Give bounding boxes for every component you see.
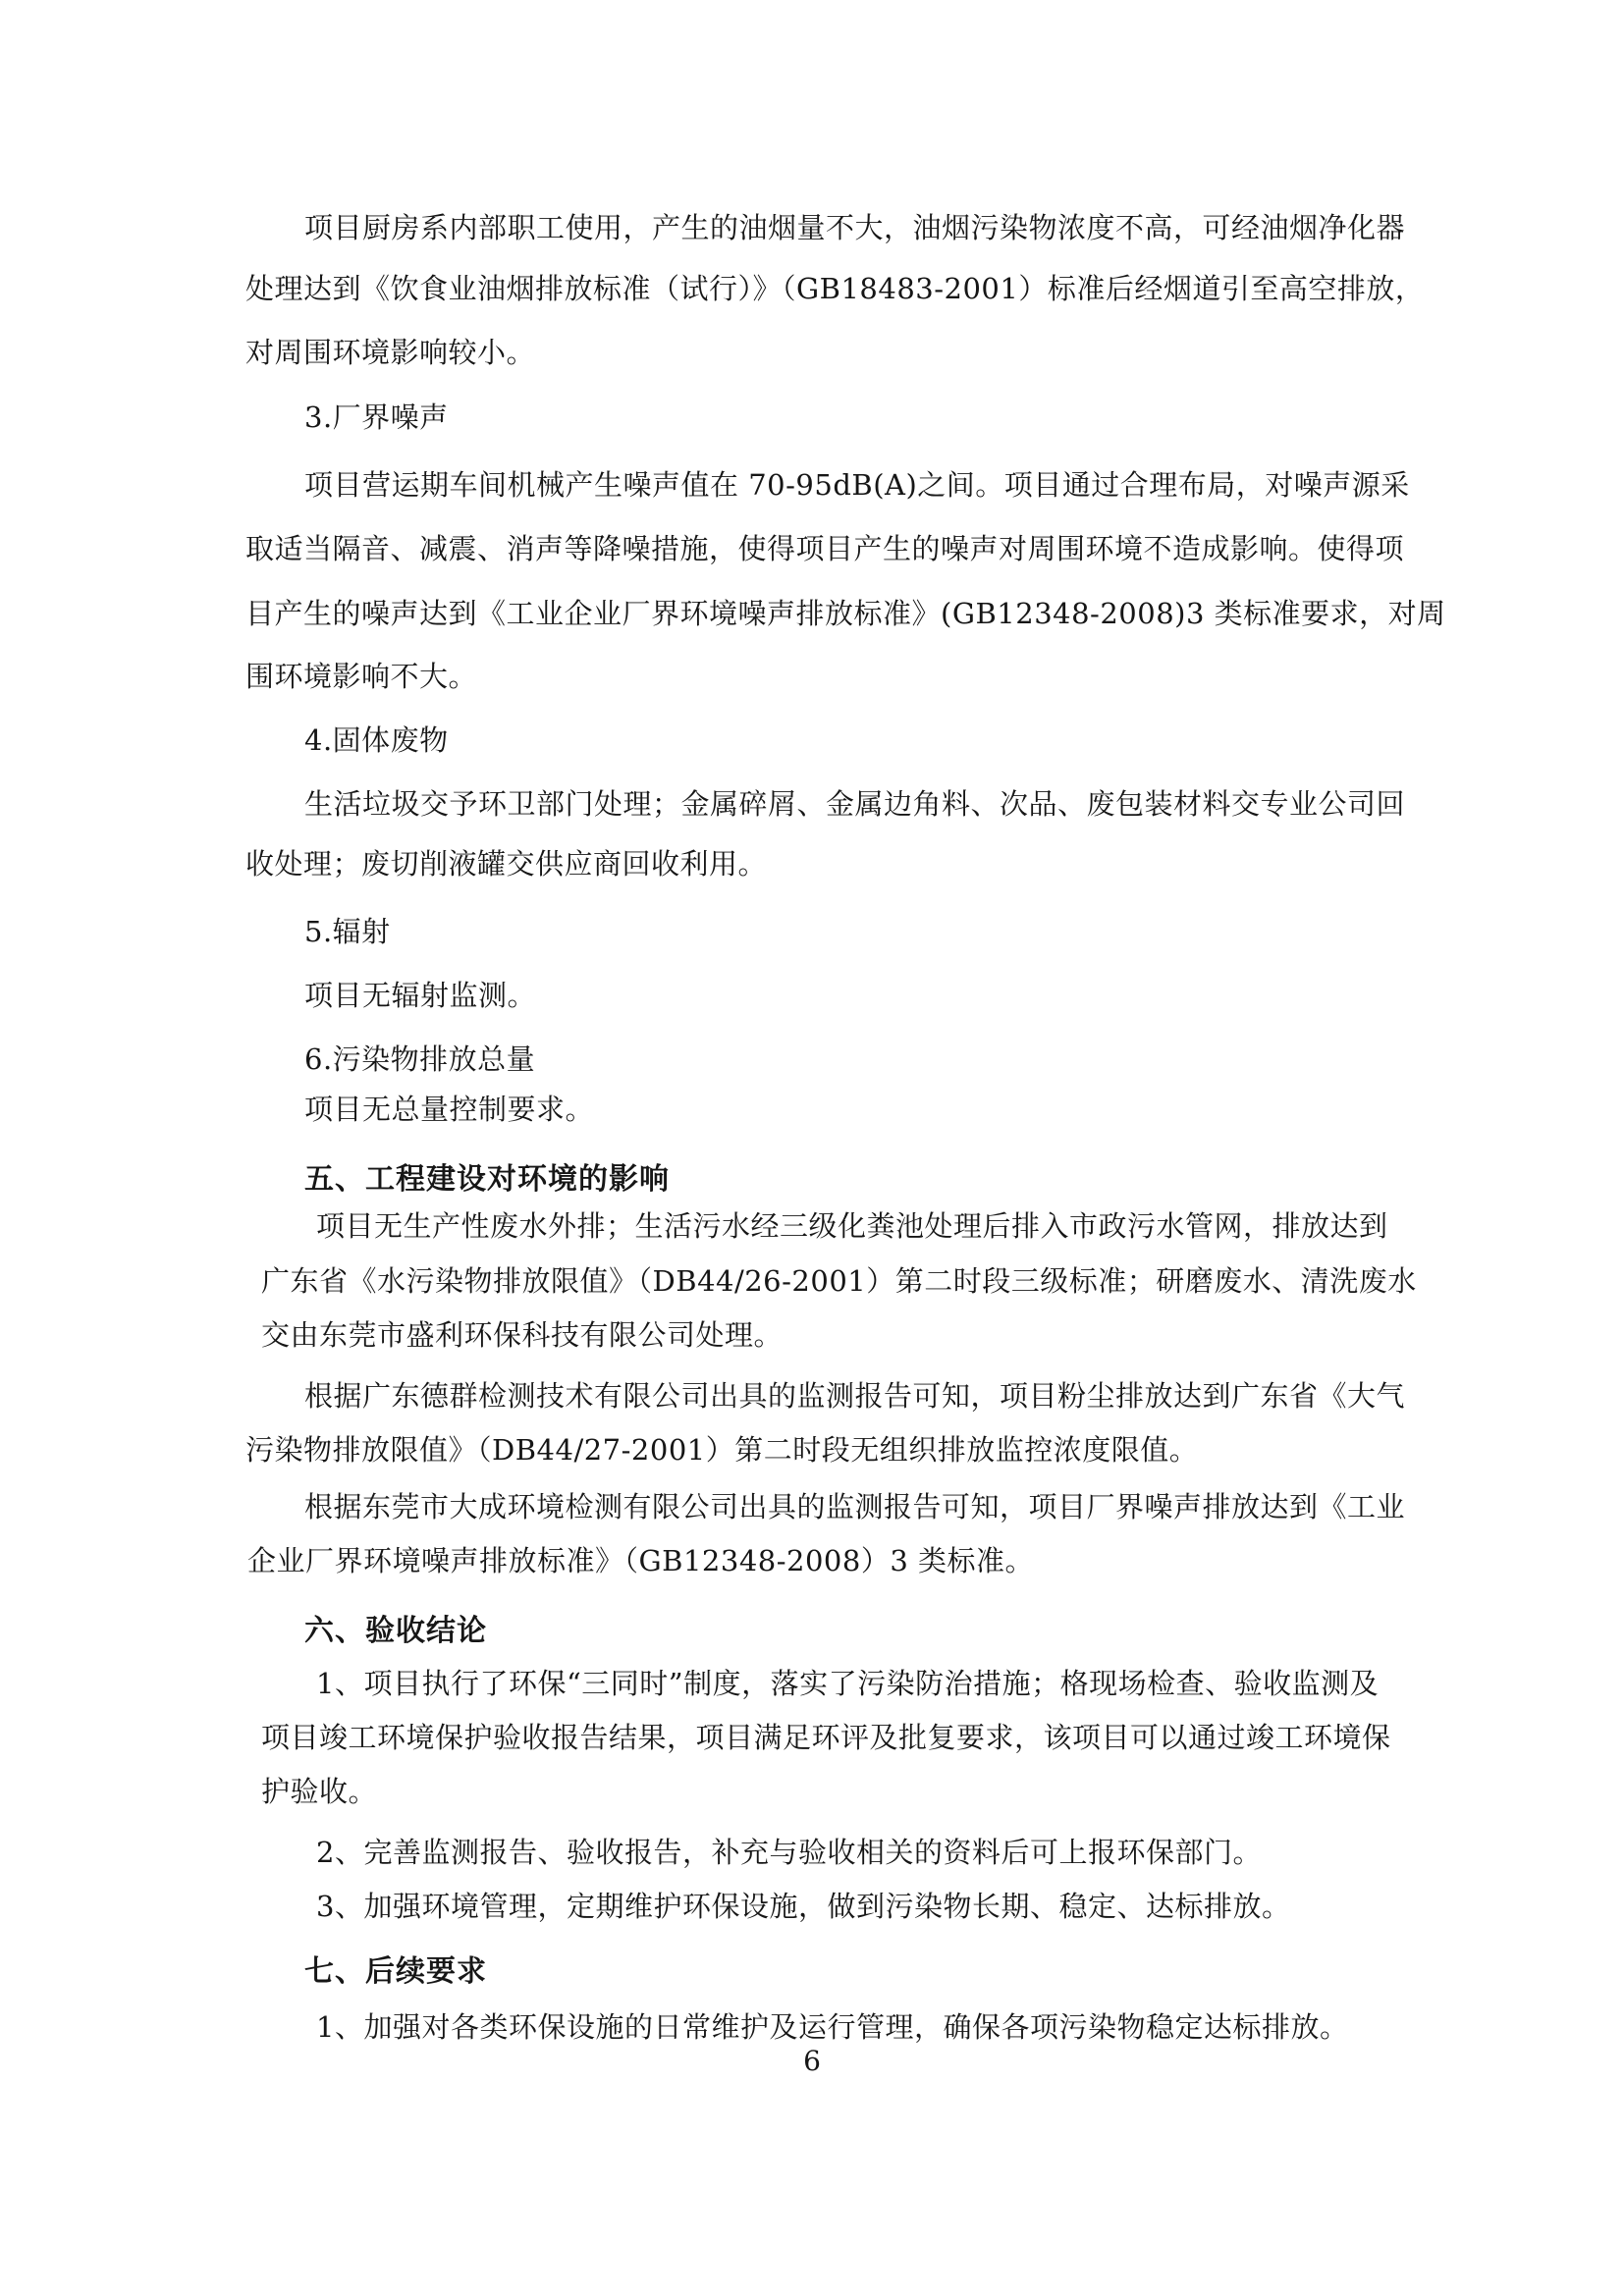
para-noise-line-1: 项目营运期车间机械产生噪声值在 70-95dB(A)之间。项目通过合理布局，对噪… <box>304 469 1410 501</box>
para-total-line-1: 项目无总量控制要求。 <box>304 1094 594 1125</box>
s6-item1-line-1: 1、项目执行了环保“三同时”制度，落实了污染防治措施；格现场检查、验收监测及 <box>316 1668 1379 1699</box>
s5-para2-line-2: 污染物排放限值》（DB44/27-2001）第二时段无组织排放监控浓度限值。 <box>245 1434 1198 1466</box>
s5-para1-line-3: 交由东莞市盛利环保科技有限公司处理。 <box>261 1319 783 1351</box>
para-kitchen-line-3: 对周围环境影响较小。 <box>245 337 535 368</box>
s7-item1-line-1: 1、加强对各类环保设施的日常维护及运行管理，确保各项污染物稳定达标排放。 <box>316 2011 1348 2043</box>
s5-para3-line-1: 根据东莞市大成环境检测有限公司出具的监测报告可知，项目厂界噪声排放达到《工业 <box>304 1491 1405 1522</box>
para-solid-line-2: 收处理；废切削液罐交供应商回收利用。 <box>245 848 767 880</box>
para-solid-line-1: 生活垃圾交予环卫部门处理；金属碎屑、金属边角料、次品、废包装材料交专业公司回 <box>304 788 1405 820</box>
subhead-6-total-discharge: 6.污染物排放总量 <box>304 1043 535 1075</box>
s5-para1-line-1: 项目无生产性废水外排；生活污水经三级化粪池处理后排入市政污水管网，排放达到 <box>316 1210 1388 1242</box>
s5-para1-line-2: 广东省《水污染物排放限值》（DB44/26-2001）第二时段三级标准；研磨废水… <box>261 1265 1417 1297</box>
subhead-4-solid-waste: 4.固体废物 <box>304 724 449 756</box>
subhead-5-radiation: 5.辐射 <box>304 916 391 947</box>
page-number: 6 <box>0 2045 1624 2077</box>
section-5-heading: 五、工程建设对环境的影响 <box>304 1164 670 1196</box>
s6-item1-line-3: 护验收。 <box>261 1776 377 1807</box>
s5-para2-line-1: 根据广东德群检测技术有限公司出具的监测报告可知，项目粉尘排放达到广东省《大气 <box>304 1380 1405 1412</box>
para-noise-line-4: 围环境影响不大。 <box>245 661 477 692</box>
para-noise-line-3: 目产生的噪声达到《工业企业厂界环境噪声排放标准》(GB12348-2008)3 … <box>245 598 1446 629</box>
document-page: 项目厨房系内部职工使用，产生的油烟量不大，油烟污染物浓度不高，可经油烟净化器 处… <box>0 0 1624 2296</box>
section-6-heading: 六、验收结论 <box>304 1616 487 1647</box>
para-kitchen-line-2: 处理达到《饮食业油烟排放标准（试行）》（GB18483-2001）标准后经烟道引… <box>245 273 1424 304</box>
s6-item3-line-1: 3、加强环境管理，定期维护环保设施，做到污染物长期、稳定、达标排放。 <box>316 1891 1290 1922</box>
s6-item1-line-2: 项目竣工环境保护验收报告结果，项目满足环评及批复要求，该项目可以通过竣工环境保 <box>261 1722 1391 1753</box>
section-7-heading: 七、后续要求 <box>304 1956 487 1988</box>
s5-para3-line-2: 企业厂界环境噪声排放标准》（GB12348-2008）3 类标准。 <box>247 1545 1034 1576</box>
subhead-3-noise: 3.厂界噪声 <box>304 401 449 433</box>
s6-item2-line-1: 2、完善监测报告、验收报告，补充与验收相关的资料后可上报环保部门。 <box>316 1837 1262 1868</box>
para-noise-line-2: 取适当隔音、减震、消声等降噪措施，使得项目产生的噪声对周围环境不造成影响。使得项 <box>245 533 1404 564</box>
para-kitchen-line-1: 项目厨房系内部职工使用，产生的油烟量不大，油烟污染物浓度不高，可经油烟净化器 <box>304 212 1405 243</box>
para-radiation-line-1: 项目无辐射监测。 <box>304 980 536 1011</box>
